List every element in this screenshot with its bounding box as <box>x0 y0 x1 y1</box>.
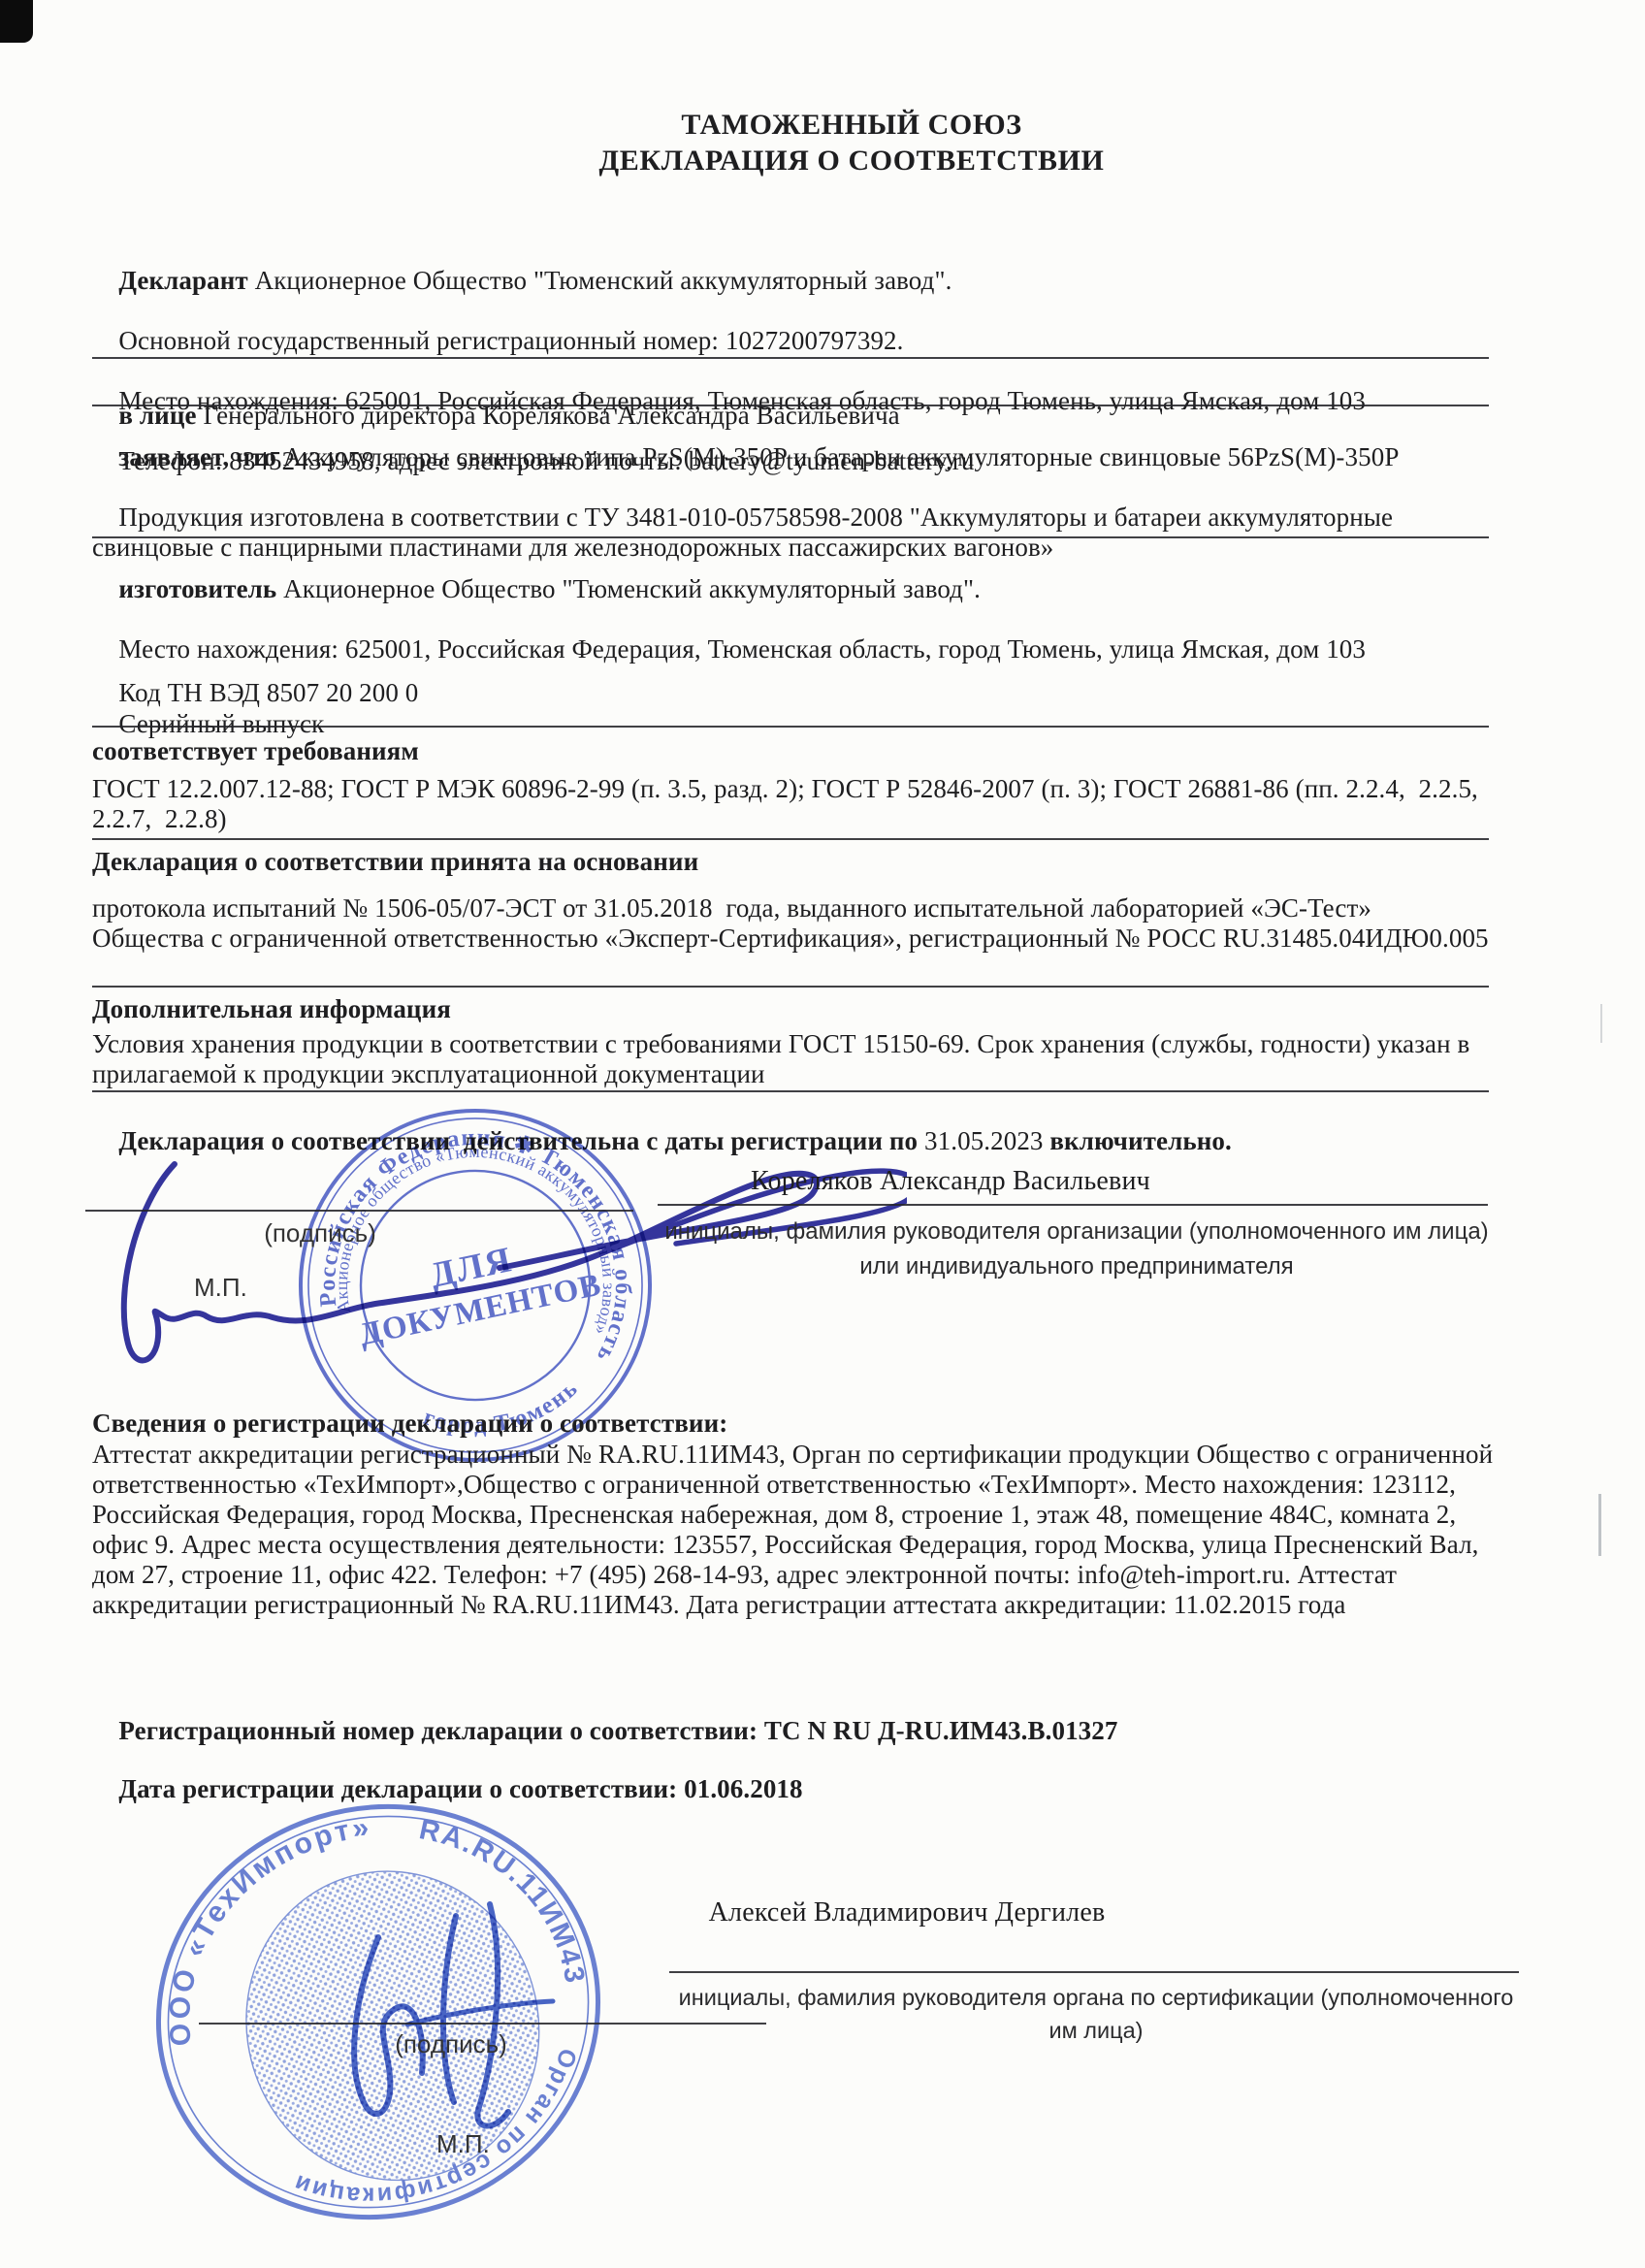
scan-edge-artifact <box>1598 1494 1601 1556</box>
validity-suffix: включительно. <box>1044 1126 1232 1155</box>
manufacturer-name: Акционерное Общество "Тюменский аккумуля… <box>276 574 981 603</box>
title-line-2: ДЕКЛАРАЦИЯ О СООТВЕТСТВИИ <box>29 143 1645 178</box>
director-name: Кореляков Александр Васильевич <box>679 1166 1222 1197</box>
reg-date-value: 01.06.2018 <box>684 1774 803 1803</box>
manufacturer-label: изготовитель <box>118 574 276 603</box>
divider <box>92 726 1489 728</box>
declarant-ogrn: Основной государственный регистрационный… <box>118 326 903 355</box>
declaration-document: ТАМОЖЕННЫЙ СОЮЗ ДЕКЛАРАЦИЯ О СООТВЕТСТВИ… <box>0 0 1645 2268</box>
basis-text: протокола испытаний № 1506-05/07-ЭСТ от … <box>92 893 1489 954</box>
name1-caption: инициалы, фамилия руководителя организац… <box>660 1215 1494 1284</box>
name2-line <box>669 1971 1519 1973</box>
reg-number-value: ТС N RU Д-RU.ИМ43.В.01327 <box>764 1716 1118 1745</box>
certifier-name: Алексей Владимирович Дергилев <box>669 1897 1145 1928</box>
additional-label: Дополнительная информация <box>92 994 1489 1024</box>
declarant-name: Акционерное Общество "Тюменский аккумуля… <box>248 266 952 295</box>
scan-corner-artifact <box>0 0 33 43</box>
additional-text: Условия хранения продукции в соответстви… <box>92 1029 1489 1089</box>
signature2-caption: (подпись) <box>276 2029 626 2059</box>
declares-product: Аккумуляторы свинцовые типа PzS(M)-350P … <box>276 442 1399 471</box>
name2-caption: инициалы, фамилия руководителя органа по… <box>669 1981 1523 2047</box>
divider <box>92 357 1489 359</box>
validity-date: 31.05.2023 <box>924 1126 1044 1155</box>
divider <box>92 536 1489 538</box>
declares-label: заявляет, что <box>118 442 276 471</box>
basis-label: Декларация о соответствии принята на осн… <box>92 847 1489 877</box>
complies-label: соответствует требованиям <box>92 736 1489 766</box>
declarant-label: Декларант <box>118 266 247 295</box>
serial-text: Серийный выпуск <box>118 709 324 738</box>
name1-line <box>658 1204 1488 1206</box>
registration-info-text: Аттестат аккредитации регистрационный № … <box>92 1440 1494 1620</box>
registration-info-label: Сведения о регистрации декларации о соот… <box>92 1409 1489 1439</box>
signature1-caption: (подпись) <box>145 1218 495 1248</box>
reg-number-label: Регистрационный номер декларации о соотв… <box>118 1716 764 1745</box>
scan-edge-artifact <box>1600 1004 1602 1043</box>
divider <box>92 986 1489 988</box>
signature1-line <box>85 1210 633 1212</box>
title-line-1: ТАМОЖЕННЫЙ СОЮЗ <box>29 107 1645 143</box>
divider <box>92 405 1489 406</box>
stamp2-mp-label: М.П. <box>436 2129 490 2159</box>
divider <box>92 1090 1489 1092</box>
complies-text: ГОСТ 12.2.007.12-88; ГОСТ Р МЭК 60896-2-… <box>92 774 1489 834</box>
divider <box>92 838 1489 840</box>
document-title: ТАМОЖЕННЫЙ СОЮЗ ДЕКЛАРАЦИЯ О СООТВЕТСТВИ… <box>29 107 1645 178</box>
stamp1-mp-label: М.П. <box>194 1273 247 1303</box>
